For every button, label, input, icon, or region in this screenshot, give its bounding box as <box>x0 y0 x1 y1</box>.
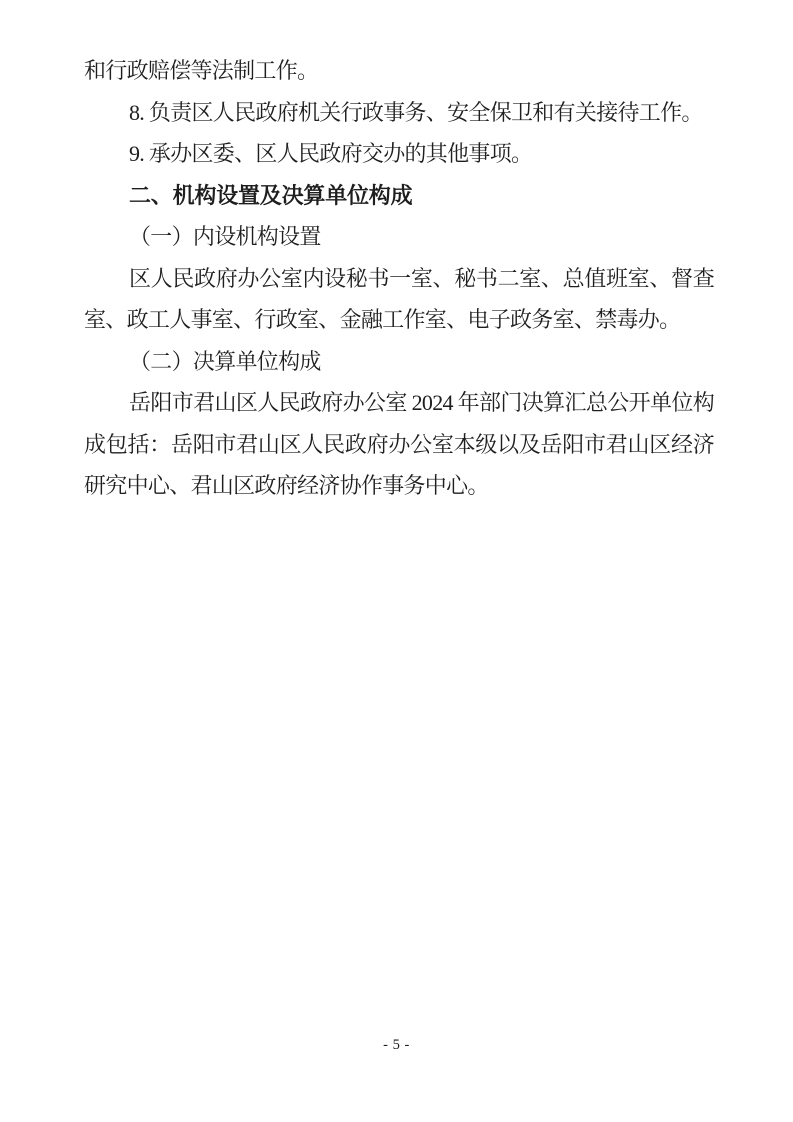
section-heading: 二、机构设置及决算单位构成 <box>84 175 714 217</box>
body-line: 室、政工人事室、行政室、金融工作室、电子政务室、禁毒办。 <box>84 299 714 341</box>
body-line: 岳阳市君山区人民政府办公室 2024 年部门决算汇总公开单位构 <box>84 382 714 424</box>
body-line: 和行政赔偿等法制工作。 <box>84 50 714 92</box>
subsection-heading: （一）内设机构设置 <box>84 216 714 258</box>
numbered-item-9: 9. 承办区委、区人民政府交办的其他事项。 <box>84 133 714 175</box>
body-line: 研究中心、君山区政府经济协作事务中心。 <box>84 465 714 507</box>
subsection-heading: （二）决算单位构成 <box>84 341 714 383</box>
numbered-item-8: 8. 负责区人民政府机关行政事务、安全保卫和有关接待工作。 <box>84 92 714 134</box>
body-line: 区人民政府办公室内设秘书一室、秘书二室、总值班室、督查 <box>84 258 714 300</box>
page-number: - 5 - <box>0 1034 793 1056</box>
document-page: 和行政赔偿等法制工作。 8. 负责区人民政府机关行政事务、安全保卫和有关接待工作… <box>0 0 793 1122</box>
body-line: 成包括：岳阳市君山区人民政府办公室本级以及岳阳市君山区经济 <box>84 424 714 466</box>
document-text-block: 和行政赔偿等法制工作。 8. 负责区人民政府机关行政事务、安全保卫和有关接待工作… <box>84 50 714 507</box>
